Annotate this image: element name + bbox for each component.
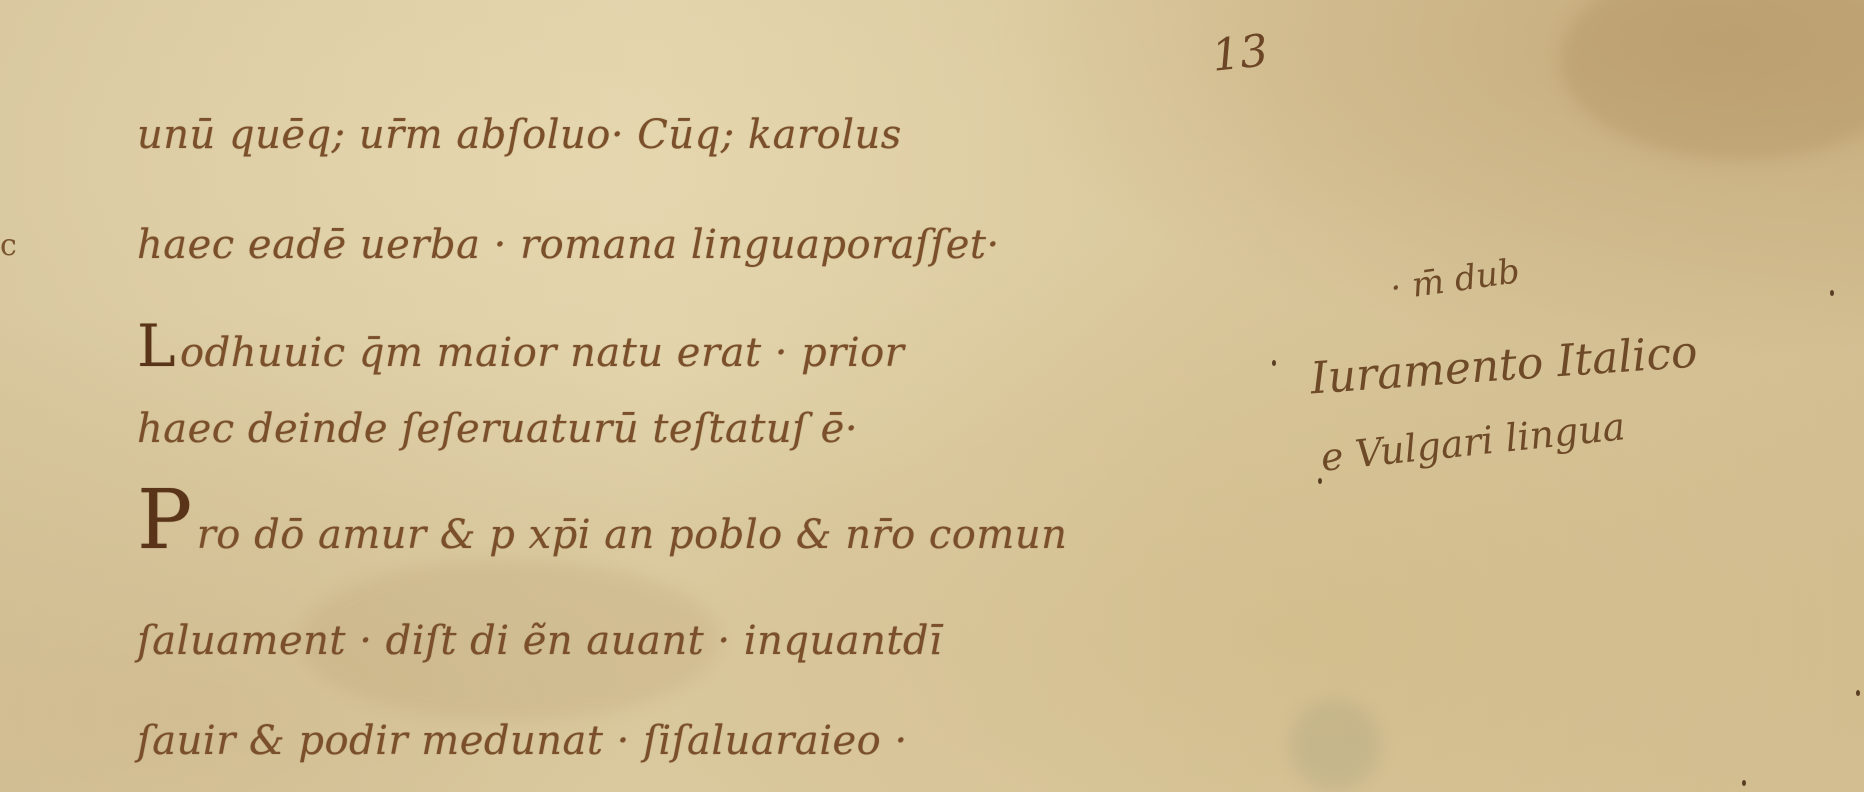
manuscript-line-6: ſaluament · diſt di ẽn auant · inquantdī	[137, 618, 942, 664]
line-text: ſaluament · diſt di ẽn auant · inquantdī	[137, 618, 942, 664]
ink-speck	[1856, 690, 1860, 696]
parchment-stain	[1560, 0, 1864, 160]
line-text: haec deinde ſeſeruaturū teſtatuſ ē·	[137, 406, 858, 452]
left-edge-fragment: c	[0, 228, 17, 263]
line-text: haec eadē uerba · romana linguaporaſſet·	[137, 222, 1000, 268]
ink-speck	[1318, 478, 1322, 484]
decorated-initial: P	[137, 473, 193, 568]
manuscript-line-2: haec eadē uerba · romana linguaporaſſet·	[137, 222, 1000, 268]
margin-note-line: Iuramento Italico	[1309, 327, 1699, 405]
line-text: ro dō amur & p xp̄i an poblo & nr̄o comu…	[197, 512, 1068, 558]
manuscript-line-4: haec deinde ſeſeruaturū teſtatuſ ē·	[137, 406, 858, 452]
manuscript-line-5: Pro dō amur & p xp̄i an poblo & nr̄o com…	[137, 512, 1067, 558]
page-number: 13	[1209, 25, 1270, 82]
line-text: odhuuic q̄m maior natu erat · prior	[180, 330, 904, 376]
line-text: ſauir & podir medunat · ſiſaluaraieo ·	[137, 718, 908, 764]
margin-annotation: · m̄ dub Iuramento Italico e Vulgari lin…	[1300, 250, 1860, 520]
manuscript-line-3: Lodhuuic q̄m maior natu erat · prior	[137, 312, 904, 380]
ink-speck	[1272, 360, 1276, 366]
manuscript-page: c 13 unū quēq; ur̄m abſoluo· Cūq; karolu…	[0, 0, 1864, 792]
margin-note-line: · m̄ dub	[1388, 251, 1522, 309]
ink-speck	[1742, 780, 1746, 786]
decorated-initial: L	[137, 312, 176, 380]
line-text: unū quēq; ur̄m abſoluo· Cūq; karolus	[137, 112, 902, 158]
manuscript-line-1: unū quēq; ur̄m abſoluo· Cūq; karolus	[137, 112, 902, 158]
ink-speck	[1830, 290, 1834, 296]
parchment-stain	[1290, 700, 1380, 790]
margin-note-line: e Vulgari lingua	[1319, 404, 1628, 480]
manuscript-line-7: ſauir & podir medunat · ſiſaluaraieo ·	[137, 718, 908, 764]
